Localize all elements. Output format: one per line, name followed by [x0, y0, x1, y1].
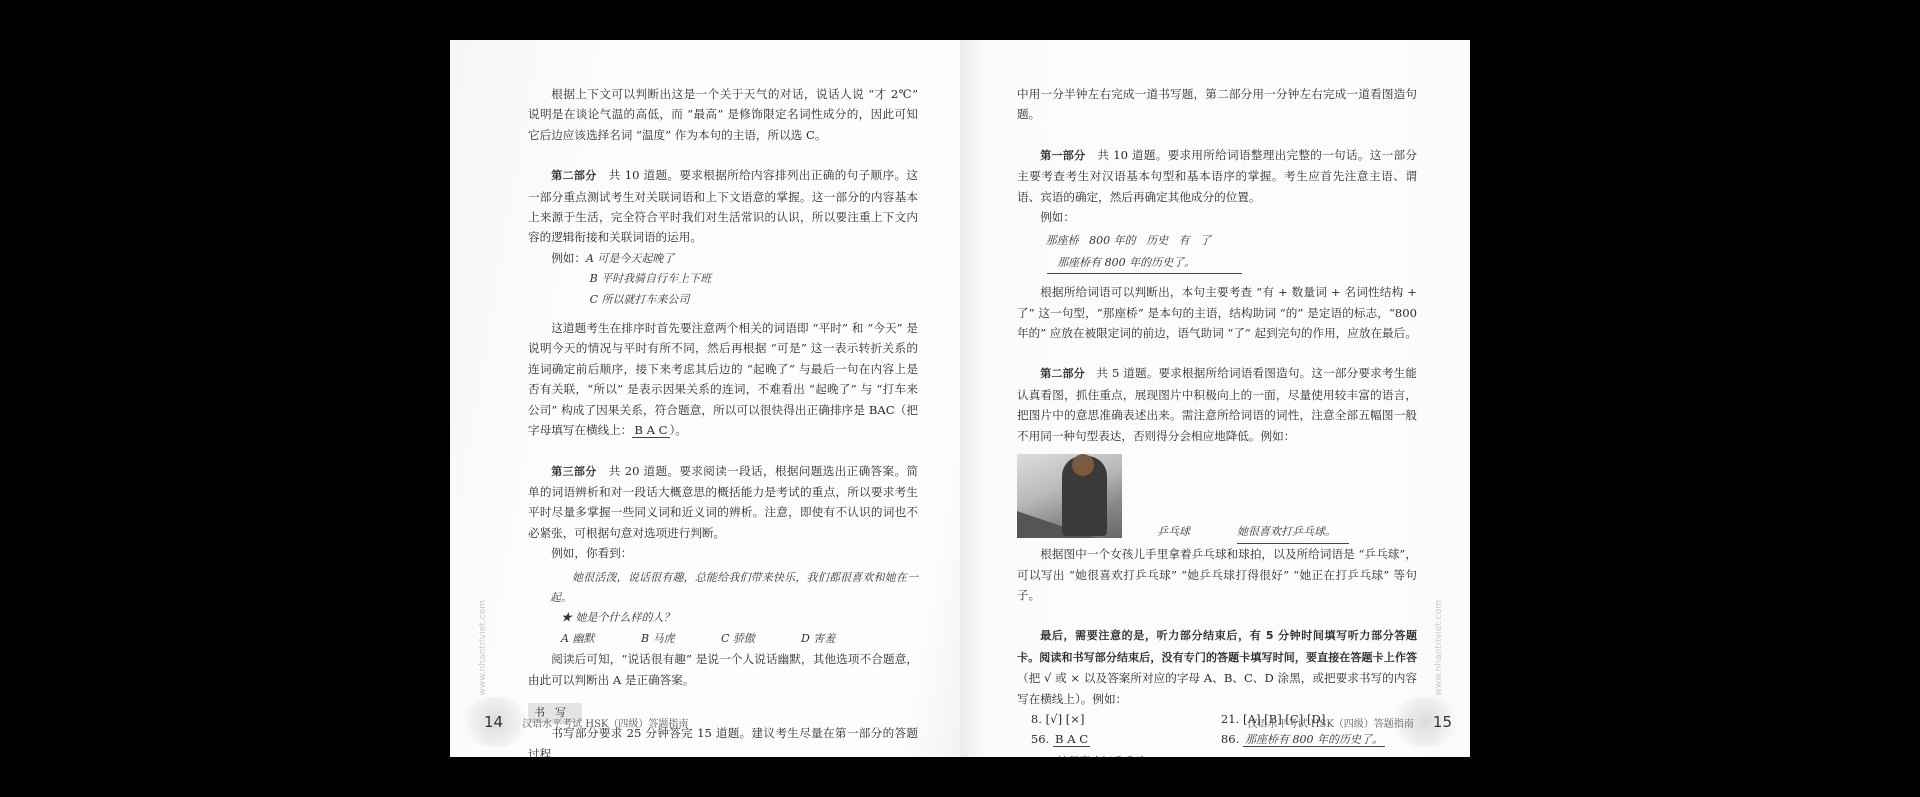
footer-title: 汉语水平考试 HSK（四级）答题指南: [1248, 719, 1414, 730]
footer-title: 汉语水平考试 HSK（四级）答题指南: [522, 719, 688, 730]
right-page-content: 中用一分半钟左右完成一道书写题，第二部分用一分钟左右完成一道看图造句题。 第一部…: [1017, 84, 1417, 757]
example-answer: 那座桥有 800 年的历史了。: [1047, 253, 1242, 274]
section-heading: 第三部分: [551, 465, 596, 478]
answer-item: 86. 那座桥有 800 年的历史了。: [1221, 729, 1421, 750]
watermark: www.nhantriviet.com: [1434, 600, 1444, 695]
photo-answer: 她很喜欢打乒乓球。: [1237, 522, 1349, 543]
answer-value: 那座桥有 800 年的历史了。: [1243, 733, 1385, 747]
answer-blank: B A C: [632, 423, 669, 438]
section-heading: 第二部分: [1040, 367, 1085, 380]
paragraph: 阅读后可知，“说话很有趣” 是说一个人说话幽默，其他选项不合题意，由此可以判断出…: [528, 649, 918, 690]
option: C 骄傲: [721, 629, 801, 649]
part2-section: 第二部分 共 10 道题。要求根据所给内容排列出正确的句子顺序。这一部分重点测试…: [528, 165, 918, 248]
answer-item: 8. [√] [×]: [1031, 709, 1221, 729]
option: D 害羞: [801, 629, 881, 649]
section-heading: 第一部分: [1040, 149, 1085, 162]
answer-value: 她很喜欢打乒乓球。: [1053, 755, 1156, 757]
answer-number: 56.: [1031, 732, 1049, 746]
page-number: 14: [484, 713, 503, 731]
example-label: 例如：: [1017, 207, 1417, 227]
watermark: www.nhantriviet.com: [478, 600, 488, 695]
example-option: B 平时我骑自行车上下班: [528, 269, 918, 289]
final-note: 最后，需要注意的是，听力部分结束后，有 5 分钟时间填写听力部分答题卡。阅读和书…: [1017, 625, 1417, 709]
paragraph: 这道题考生在排序时首先要注意两个相关的词语即 “平时” 和 “今天” 是说明今天…: [528, 318, 918, 440]
example-question: ★ 她是个什么样的人？: [528, 608, 918, 628]
final-note-rest: （把 √ 或 × 以及答案所对应的字母 A、B、C、D 涂黑，或把要求书写的内容…: [1017, 671, 1417, 705]
paragraph-text: 这道题考生在排序时首先要注意两个相关的词语即 “平时” 和 “今天” 是说明今天…: [528, 321, 918, 437]
answer-number: 86.: [1221, 732, 1239, 746]
answer-value: [√] [×]: [1046, 712, 1085, 726]
photo-word: 乒乓球: [1157, 522, 1190, 542]
page-number: 15: [1433, 713, 1452, 731]
answer-item: 96. 她很喜欢打乒乓球。: [1031, 751, 1221, 757]
page-footer: 汉语水平考试 HSK（四级）答题指南 15: [1248, 712, 1452, 731]
paragraph: 中用一分半钟左右完成一道书写题，第二部分用一分钟左右完成一道看图造句题。: [1017, 84, 1417, 125]
example-line: 例如：A 可是今天起晚了: [528, 248, 918, 269]
option: A 幽默: [561, 629, 641, 649]
example-label: 例如，你看到：: [528, 543, 918, 563]
example-option: A 可是今天起晚了: [586, 252, 674, 265]
answer-number: 96.: [1031, 754, 1049, 757]
answer-value: B A C: [1053, 732, 1090, 747]
photo-example: 乒乓球 她很喜欢打乒乓球。: [1017, 454, 1417, 544]
ping-pong-photo: [1017, 454, 1122, 538]
part2-section: 第二部分 共 5 道题。要求根据所给词语看图造句。这一部分要求考生能认真看图，抓…: [1017, 363, 1417, 446]
answer-number: 21.: [1221, 712, 1239, 726]
option: B 马虎: [641, 629, 721, 649]
right-page: 中用一分半钟左右完成一道书写题，第二部分用一分钟左右完成一道看图造句题。 第一部…: [960, 40, 1470, 757]
example-option: C 所以就打车来公司: [528, 290, 918, 310]
section-heading: 第二部分: [551, 169, 596, 182]
example-words: 那座桥 800 年的 历史 有 了: [1017, 231, 1417, 251]
part1-section: 第一部分 共 10 道题。要求用所给词语整理出完整的一句话。这一部分主要考查考生…: [1017, 145, 1417, 207]
example-label: 例如：: [551, 251, 586, 265]
paragraph: 根据上下文可以判断出这是一个关于天气的对话，说话人说 “才 2℃” 说明是在谈论…: [528, 84, 918, 145]
answer-item: 56. B A C: [1031, 729, 1221, 750]
example-passage: 她很活泼，说话很有趣，总能给我们带来快乐，我们都很喜欢和她在一起。: [528, 568, 918, 609]
paragraph: 根据所给词语可以判断出，本句主要考查 “有 + 数量词 + 名词性结构 + 了”…: [1017, 282, 1417, 343]
final-note-bold: 最后，需要注意的是，听力部分结束后，有 5 分钟时间填写听力部分答题卡。阅读和书…: [1017, 629, 1417, 663]
paragraph-end: ）。: [670, 423, 687, 437]
page-footer: 14 汉语水平考试 HSK（四级）答题指南: [484, 712, 688, 731]
part3-section: 第三部分 共 20 道题。要求阅读一段话，根据问题选出正确答案。简单的词语辨析和…: [528, 461, 918, 544]
left-page: 根据上下文可以判断出这是一个关于天气的对话，说话人说 “才 2℃” 说明是在谈论…: [450, 40, 960, 757]
answer-number: 8.: [1031, 712, 1042, 726]
left-page-content: 根据上下文可以判断出这是一个关于天气的对话，说话人说 “才 2℃” 说明是在谈论…: [528, 84, 918, 757]
example-options: A 幽默B 马虎C 骄傲D 害羞: [528, 629, 918, 649]
paragraph: 根据图中一个女孩儿手里拿着乒乓球和球拍，以及所给词语是 “乒乓球”，可以写出 “…: [1017, 544, 1417, 605]
